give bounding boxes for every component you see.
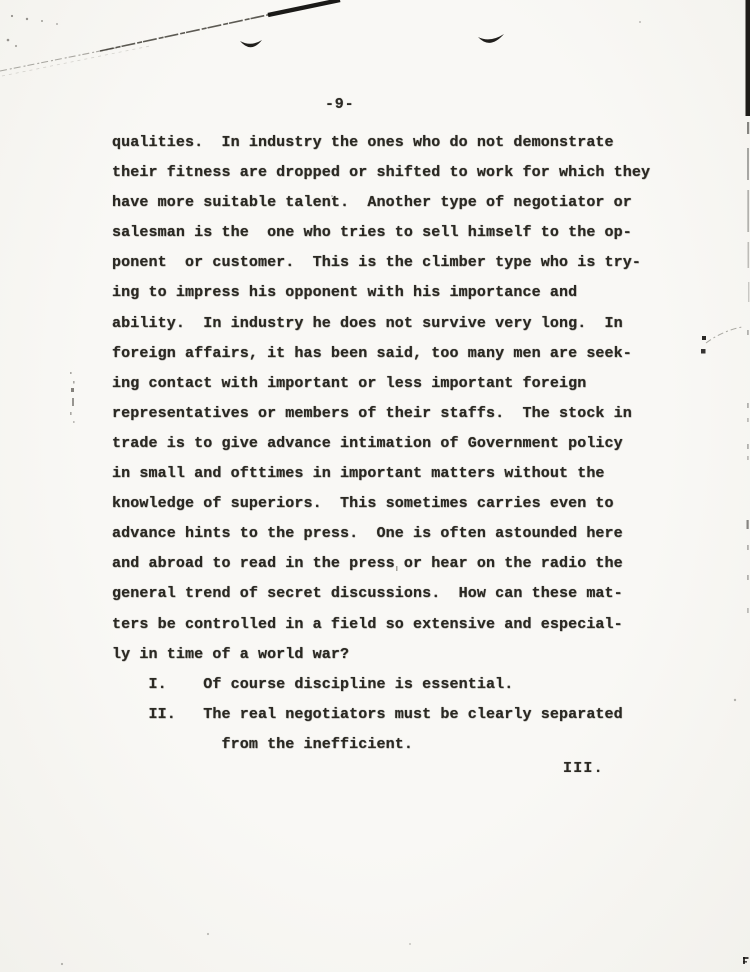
speck bbox=[71, 388, 74, 392]
edge-tick bbox=[747, 520, 749, 529]
crescent-mark-right bbox=[478, 34, 504, 43]
text-line: advance hints to the press. One is often… bbox=[112, 519, 712, 549]
text-line: representatives or members of their staf… bbox=[112, 399, 712, 429]
text-line: qualities. In industry the ones who do n… bbox=[112, 128, 712, 158]
text-line: ters be controlled in a field so extensi… bbox=[112, 610, 712, 640]
speck bbox=[41, 20, 43, 22]
fold-line-echo bbox=[2, 46, 150, 76]
speck bbox=[56, 23, 58, 25]
text-line: salesman is the one who tries to sell hi… bbox=[112, 218, 712, 248]
edge-tick bbox=[747, 456, 749, 460]
text-line: ponent or customer. This is the climber … bbox=[112, 248, 712, 278]
fold-line-faint-segment bbox=[0, 47, 120, 71]
edge-dash bbox=[747, 122, 749, 134]
edge-tick bbox=[747, 575, 749, 580]
text-line: their fitness are dropped or shifted to … bbox=[112, 158, 712, 188]
edge-tick bbox=[747, 608, 749, 613]
scanned-document-page: -9- qualities. In industry the ones who … bbox=[0, 0, 750, 972]
text-line: in small and ofttimes in important matte… bbox=[112, 459, 712, 489]
speck bbox=[207, 933, 209, 935]
speck bbox=[61, 963, 63, 965]
speck bbox=[11, 15, 13, 17]
edge-dash bbox=[747, 148, 749, 180]
speck bbox=[15, 45, 17, 47]
speck bbox=[26, 18, 28, 20]
text-line: ing contact with important or less impor… bbox=[112, 369, 712, 399]
text-line: foreign affairs, it has been said, too m… bbox=[112, 339, 712, 369]
speck bbox=[70, 372, 72, 374]
typewritten-text-block: qualities. In industry the ones who do n… bbox=[112, 128, 712, 760]
corner-mark bbox=[743, 957, 749, 959]
edge-dash bbox=[748, 282, 749, 302]
edge-dash bbox=[748, 242, 750, 268]
edge-tick bbox=[747, 444, 749, 449]
edge-tick bbox=[747, 418, 749, 422]
speck bbox=[72, 398, 74, 406]
corner-mark bbox=[743, 957, 745, 964]
speck bbox=[7, 39, 10, 42]
speck bbox=[73, 381, 75, 384]
text-line: II. The real negotiators must be clearly… bbox=[112, 700, 712, 730]
page-number: -9- bbox=[325, 96, 354, 113]
text-line: ing to impress his opponent with his imp… bbox=[112, 278, 712, 308]
edge-tick bbox=[747, 545, 749, 550]
edge-tick bbox=[747, 330, 749, 335]
closing-numeral: III. bbox=[563, 760, 604, 777]
speck bbox=[409, 943, 411, 945]
fold-line-mid-segment bbox=[100, 14, 272, 51]
text-line: general trend of secret discussions. How… bbox=[112, 579, 712, 609]
speck bbox=[73, 421, 75, 423]
speck bbox=[70, 412, 72, 415]
scanner-edge-bar bbox=[746, 0, 750, 116]
text-line: have more suitable talent. Another type … bbox=[112, 188, 712, 218]
text-line: from the inefficient. bbox=[112, 730, 712, 760]
corner-mark bbox=[743, 961, 747, 963]
edge-dash bbox=[747, 190, 749, 232]
text-line: ability. In industry he does not survive… bbox=[112, 309, 712, 339]
speck bbox=[734, 699, 736, 701]
text-line: I. Of course discipline is essential. bbox=[112, 670, 712, 700]
text-line: trade is to give advance intimation of G… bbox=[112, 429, 712, 459]
crescent-mark-left bbox=[240, 40, 262, 47]
speck bbox=[639, 21, 641, 23]
fold-line-dark-segment bbox=[268, 0, 340, 15]
text-line: ly in time of a world war? bbox=[112, 640, 712, 670]
text-line: and abroad to read in the press or hear … bbox=[112, 549, 712, 579]
text-line: knowledge of superiors. This sometimes c… bbox=[112, 489, 712, 519]
edge-tick bbox=[747, 403, 749, 408]
